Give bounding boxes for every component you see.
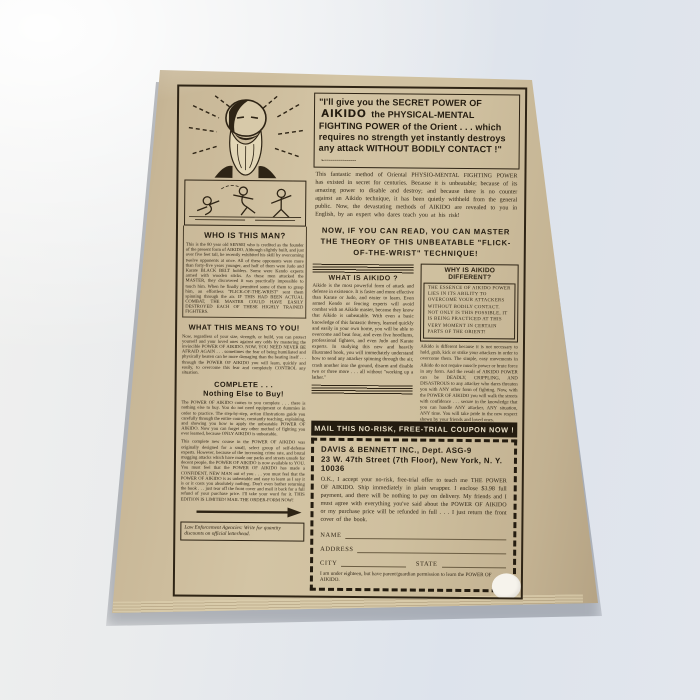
why-different-body: Aikido is different because it is not ne… — [420, 345, 518, 424]
headline: "I'll give you the SECRET POWER OF AIKID… — [314, 93, 521, 170]
coupon-body-text: O.K., I accept your no-risk, free-trial … — [320, 476, 506, 526]
sensei-portrait-illustration — [184, 92, 307, 179]
what-this-means-title: WHAT THIS MEANS TO YOU! — [182, 322, 306, 332]
now-you-can-read-banner: NOW, IF YOU CAN READ, YOU CAN MASTER THE… — [319, 224, 513, 260]
address-input-line — [357, 546, 506, 554]
what-this-means-body: Now, regardless of your size, strength, … — [182, 333, 306, 376]
booklet-back-cover: WHO IS THIS MAN? This is the 80 year old… — [105, 60, 603, 620]
who-is-this-man-body: This is the 80 year old SENSEI who is cr… — [185, 242, 304, 316]
coupon-form: DAVIS & BENNETT INC., Dept. ASG-9 23 W. … — [310, 438, 517, 593]
who-is-this-man-section: WHO IS THIS MAN? This is the 80 year old… — [182, 226, 307, 319]
name-field-row: NAME — [320, 531, 506, 540]
what-is-aikido-column: WHAT IS AIKIDO ? Aikido is the most powe… — [311, 262, 414, 417]
headline-open: "I'll give you the SECRET POWER OF — [319, 97, 482, 108]
name-label: NAME — [320, 531, 341, 538]
state-label: STATE — [416, 560, 438, 567]
city-input-line — [341, 559, 406, 567]
why-different-box: WHY IS AIKIDO DIFFERENT? THE ESSENCE OF … — [420, 263, 518, 342]
who-is-this-man-title: WHO IS THIS MAN? — [186, 231, 304, 241]
aikido-advertisement: WHO IS THIS MAN? This is the 80 year old… — [173, 84, 527, 599]
why-different-column: WHY IS AIKIDO DIFFERENT? THE ESSENCE OF … — [420, 263, 519, 418]
order-form-arrow-icon — [194, 505, 302, 518]
price-sticker-dot — [492, 573, 521, 599]
intro-paragraph: This fantastic method of Oriental PHYSIO… — [315, 172, 517, 221]
why-different-boxed-text: THE ESSENCE OF AIKIDO POWER LIES IN ITS … — [423, 282, 515, 339]
why-different-title: WHY IS AIKIDO DIFFERENT? — [424, 266, 516, 281]
quad-rule-bottom — [312, 385, 414, 395]
city-label: CITY — [320, 559, 337, 566]
sub-columns: WHAT IS AIKIDO ? Aikido is the most powe… — [311, 262, 518, 418]
left-column: WHO IS THIS MAN? This is the 80 year old… — [180, 92, 308, 591]
address-label: ADDRESS — [320, 545, 353, 552]
right-column: "I'll give you the SECRET POWER OF AIKID… — [310, 93, 520, 593]
ad-columns: WHO IS THIS MAN? This is the 80 year old… — [180, 92, 520, 593]
minor-permission-text: I am under eighteen, but have parent/gua… — [320, 570, 506, 585]
state-input-line — [442, 560, 507, 568]
headline-aikido-word: AIKIDO — [319, 108, 369, 120]
complete-body-1: The POWER OF AIKIDO comes to you complet… — [181, 400, 305, 437]
city-state-field-row: CITY STATE — [320, 559, 506, 568]
headline-attribution-mark — [322, 157, 356, 161]
address-field-row: ADDRESS — [320, 545, 506, 554]
name-input-line — [346, 531, 507, 539]
quad-rule-top — [313, 263, 415, 273]
fight-scene-illustration — [184, 180, 306, 227]
mail-coupon: MAIL THIS NO-RISK, FREE-TRIAL COUPON NOW… — [310, 421, 517, 593]
what-is-aikido-body: Aikido is the most powerful form of atta… — [312, 283, 414, 382]
complete-subtitle: Nothing Else to Buy! — [182, 389, 306, 399]
what-is-aikido-title: WHAT IS AIKIDO ? — [313, 274, 415, 282]
coupon-address-line: 23 W. 47th Street (7th Floor), New York,… — [321, 455, 507, 475]
coupon-header-bar: MAIL THIS NO-RISK, FREE-TRIAL COUPON NOW… — [311, 421, 517, 438]
complete-body-2: This complete new course in the POWER OF… — [181, 439, 306, 502]
law-enforcement-note: Law Enforcement Agencies: Write for quan… — [180, 521, 304, 542]
coupon-company: DAVIS & BENNETT INC., Dept. ASG-9 — [321, 445, 507, 456]
